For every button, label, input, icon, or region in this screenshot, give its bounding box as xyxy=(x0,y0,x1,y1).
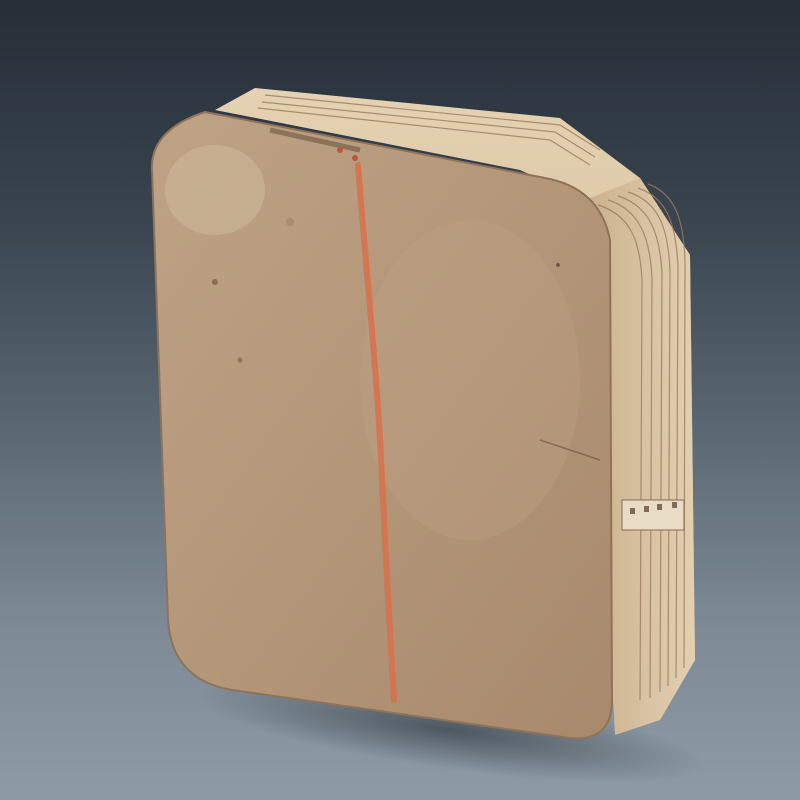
photo-scene xyxy=(0,0,800,800)
book-cover xyxy=(152,112,612,738)
book-illustration xyxy=(0,0,800,800)
